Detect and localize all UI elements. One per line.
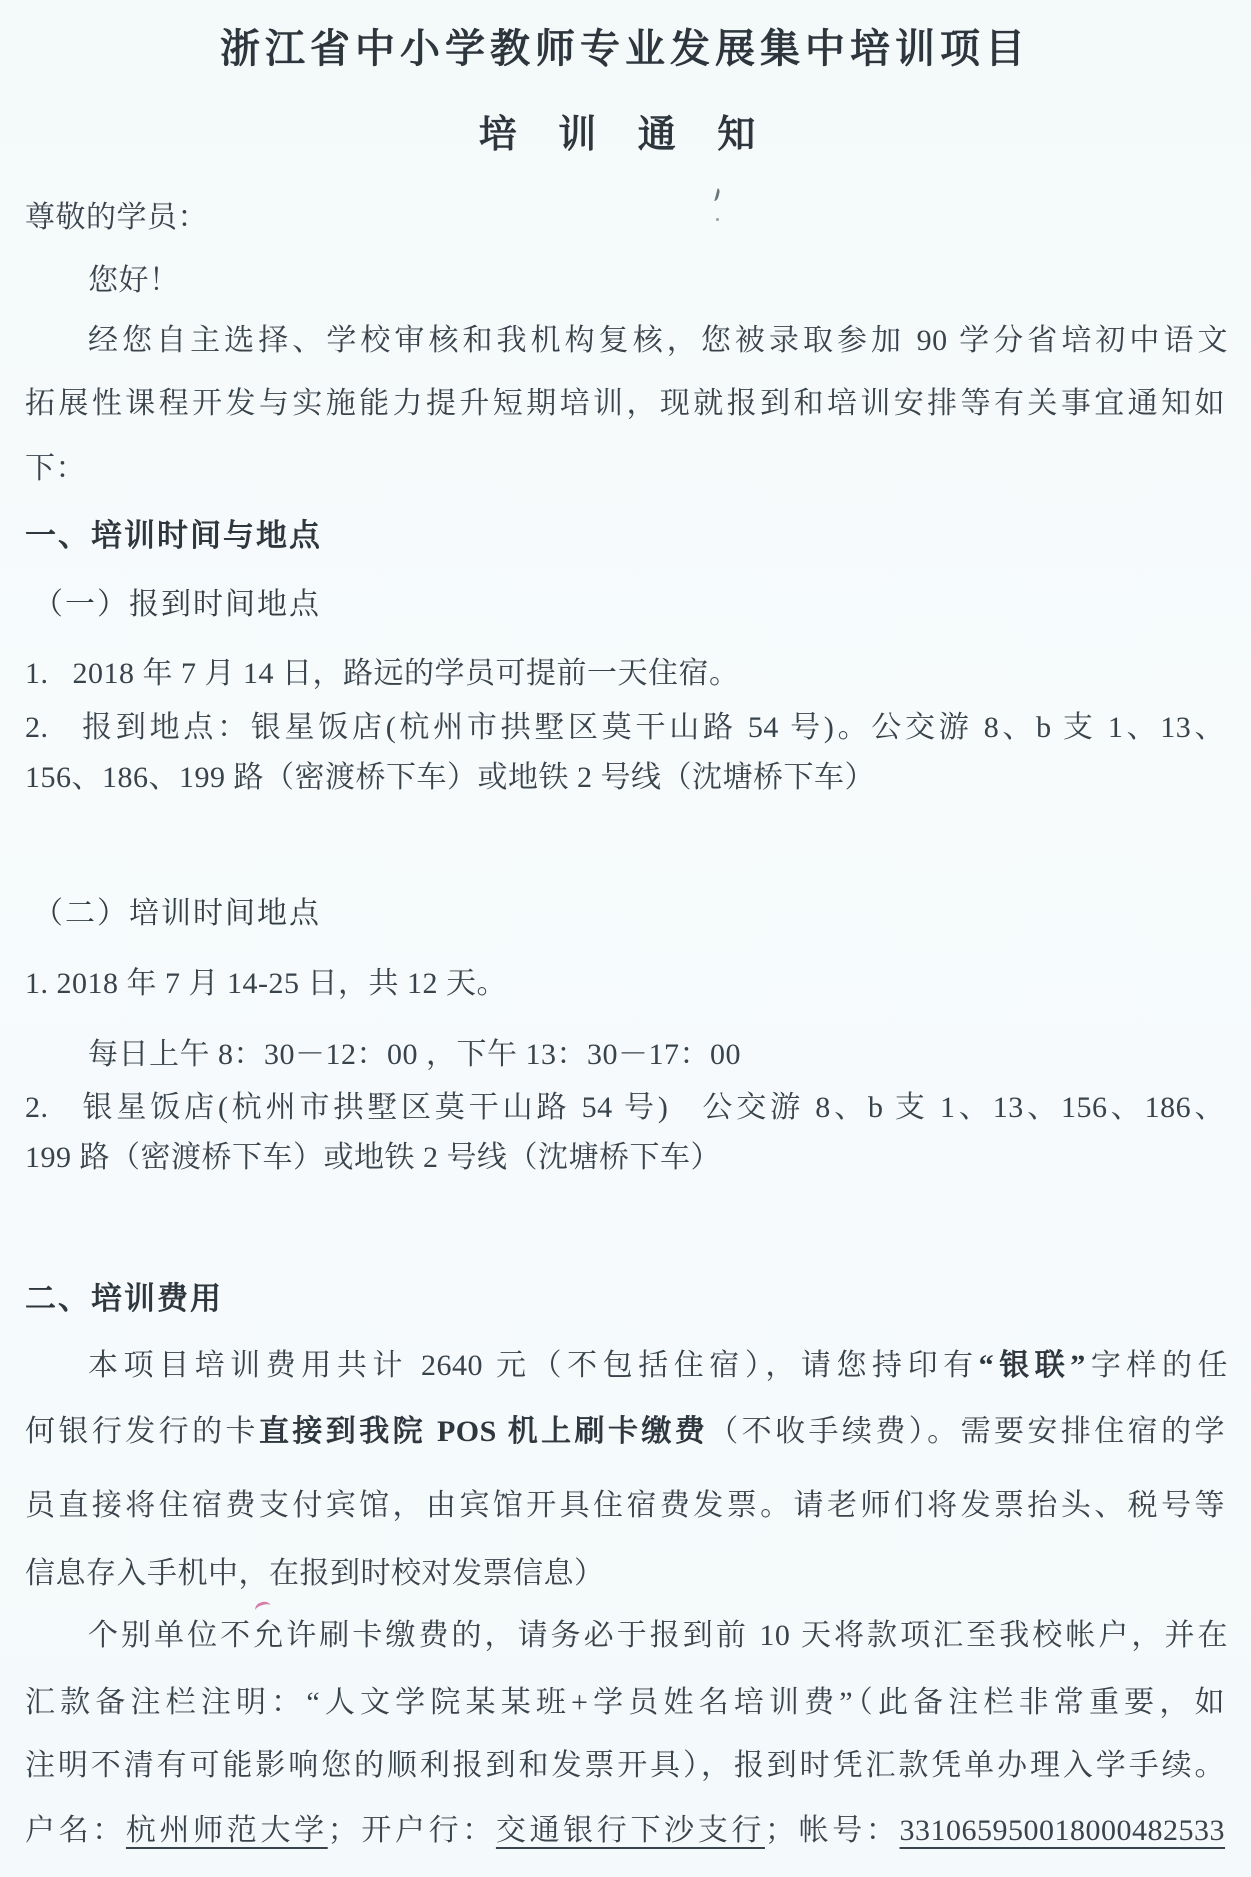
section1-training-heading: （二）培训时间地点 — [33, 895, 321, 933]
section2-heading: 二、培训费用 — [25, 1280, 223, 1319]
scanned-training-notice: 浙江省中小学教师专业发展集中培训项目 培 训 通 知 尊敬的学员： 您好！ 经您… — [0, 0, 1251, 1877]
remark-suffix: （此备注栏非常重要，如 — [853, 1686, 1225, 1719]
remark-label: 汇款备注栏注明： — [25, 1686, 306, 1719]
fees-line-3: 员直接将住宿费支付宾馆，由宾馆开具住宿费发票。请老师们将发票抬头、税号等 — [25, 1487, 1225, 1525]
checkin-item-2-line-2: 156、186、199 路（密渡桥下车）或地铁 2 号线（沈塘桥下车） — [25, 759, 875, 797]
account-number-label: 帐号： — [795, 1814, 899, 1847]
fees-line-2: 何银行发行的卡直接到我院 POS 机上刷卡缴费（不收手续费）。需要安排住宿的学 — [25, 1413, 1225, 1451]
training-item-1: 1. 2018 年 7 月 14-25 日，共 12 天。 — [25, 965, 507, 1003]
training-schedule: 每日上午 8：30－12：00 ，下午 13：30－17：00 — [88, 1036, 741, 1074]
account-holder-name: 杭州师范大学 — [126, 1814, 328, 1847]
page-subtitle: 培 训 通 知 — [25, 112, 1225, 160]
intro-line-3: 下： — [25, 450, 86, 488]
unionpay-emphasis: “银联” — [979, 1349, 1086, 1382]
remittance-line-2: 汇款备注栏注明：“人文学院某某班+学员姓名培训费”（此备注栏非常重要，如 — [25, 1684, 1225, 1722]
page-title: 浙江省中小学教师专业发展集中培训项目 — [25, 24, 1225, 74]
pink-pen-mark-artifact — [254, 1600, 273, 1616]
remittance-line-3: 注明不清有可能影响您的顺利报到和发票开具），报到时凭汇款凭单办理入学手续。 — [25, 1747, 1225, 1785]
intro-line-2: 拓展性课程开发与实施能力提升短期培训，现就报到和培训安排等有关事宜通知如 — [25, 385, 1225, 423]
remittance-line-1: 个别单位不允许刷卡缴费的，请务必于报到前 10 天将款项汇至我校帐户，并在 — [88, 1617, 1228, 1655]
bank-name: 交通银行下沙支行 — [496, 1814, 765, 1847]
fees-line1-suffix: 字样的任 — [1086, 1349, 1228, 1382]
fees-line-1: 本项目培训费用共计 2640 元（不包括住宿），请您持印有“银联”字样的任 — [88, 1347, 1228, 1385]
salutation: 尊敬的学员： — [25, 199, 208, 237]
fees-line2-suffix: （不收手续费）。需要安排住宿的学 — [708, 1415, 1225, 1448]
section1-heading: 一、培训时间与地点 — [25, 517, 322, 556]
account-name-label: 户名： — [25, 1814, 126, 1847]
greeting-line: 您好！ — [88, 262, 180, 300]
separator-1: ； — [328, 1814, 359, 1847]
separator-2: ； — [765, 1814, 796, 1847]
checkin-item-1: 1. 2018 年 7 月 14 日，路远的学员可提前一天住宿。 — [25, 655, 740, 693]
fees-line-4: 信息存入手机中，在报到时校对发票信息） — [25, 1555, 605, 1593]
intro-line-1: 经您自主选择、学校审核和我机构复核，您被录取参加 90 学分省培初中语文 — [88, 322, 1228, 360]
account-number: 331065950018000482533 — [900, 1814, 1226, 1847]
pos-payment-emphasis: 直接到我院 POS 机上刷卡缴费 — [259, 1415, 708, 1448]
ink-dot-artifact — [716, 218, 719, 221]
fees-line2-prefix: 何银行发行的卡 — [25, 1415, 259, 1448]
account-line: 户名：杭州师范大学；开户行：交通银行下沙支行；帐号：33106595001800… — [25, 1812, 1225, 1850]
remark-quote: “人文学院某某班+学员姓名培训费” — [306, 1686, 853, 1719]
checkin-item-2-line-1: 2. 报到地点：银星饭店(杭州市拱墅区莫干山路 54 号)。公交游 8、b 支 … — [25, 709, 1225, 747]
ink-speck-artifact — [711, 187, 721, 201]
fees-line1-prefix: 本项目培训费用共计 2640 元（不包括住宿），请您持印有 — [88, 1349, 979, 1382]
training-item-2-line-2: 199 路（密渡桥下车）或地铁 2 号线（沈塘桥下车） — [25, 1139, 721, 1177]
section1-checkin-heading: （一）报到时间地点 — [33, 586, 321, 624]
training-item-2-line-1: 2. 银星饭店(杭州市拱墅区莫干山路 54 号) 公交游 8、b 支 1、13、… — [25, 1089, 1225, 1127]
bank-label: 开户行： — [358, 1814, 496, 1847]
